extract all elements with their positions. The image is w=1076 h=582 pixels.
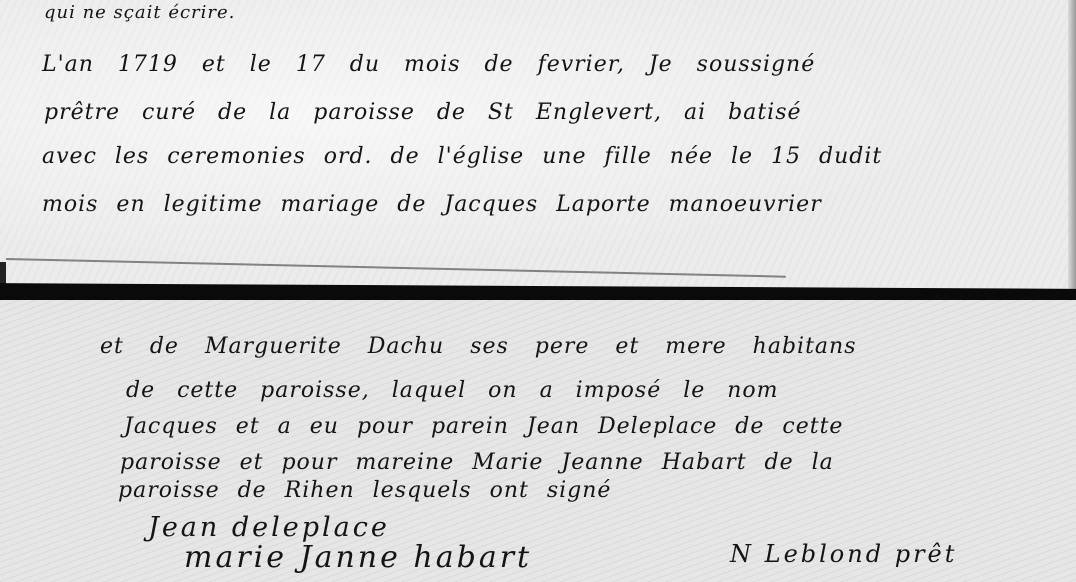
paper-fold-line bbox=[6, 258, 786, 278]
text-line-bottom-1: de cette paroisse, laquel on a imposé le… bbox=[126, 378, 779, 403]
text-line-bottom-4: paroisse de Rihen lesquels ont signé bbox=[118, 478, 611, 503]
text-line-top-0: qui ne sçait écrire. bbox=[44, 2, 235, 23]
signature-godfather: Jean deleplace bbox=[148, 512, 390, 543]
signature-priest: N Leblond prêt bbox=[730, 540, 957, 568]
text-line-bottom-3: paroisse et pour mareine Marie Jeanne Ha… bbox=[120, 450, 834, 475]
page-edge bbox=[1068, 0, 1076, 290]
manuscript-page-top: qui ne sçait écrire. L'an 1719 et le 17 … bbox=[0, 0, 1076, 290]
text-line-bottom-2: Jacques et a eu pour parein Jean Delepla… bbox=[124, 414, 843, 439]
text-line-top-3: avec les ceremonies ord. de l'église une… bbox=[42, 144, 882, 169]
manuscript-page-bottom: et de Marguerite Dachu ses pere et mere … bbox=[0, 300, 1076, 582]
signature-godmother: marie Janne habart bbox=[184, 540, 532, 575]
text-line-bottom-0: et de Marguerite Dachu ses pere et mere … bbox=[100, 334, 857, 359]
text-line-top-4: mois en legitime mariage de Jacques Lapo… bbox=[42, 192, 822, 217]
text-line-top-2: prêtre curé de la paroisse de St Engleve… bbox=[44, 100, 802, 125]
text-line-top-1: L'an 1719 et le 17 du mois de fevrier, J… bbox=[42, 52, 815, 77]
